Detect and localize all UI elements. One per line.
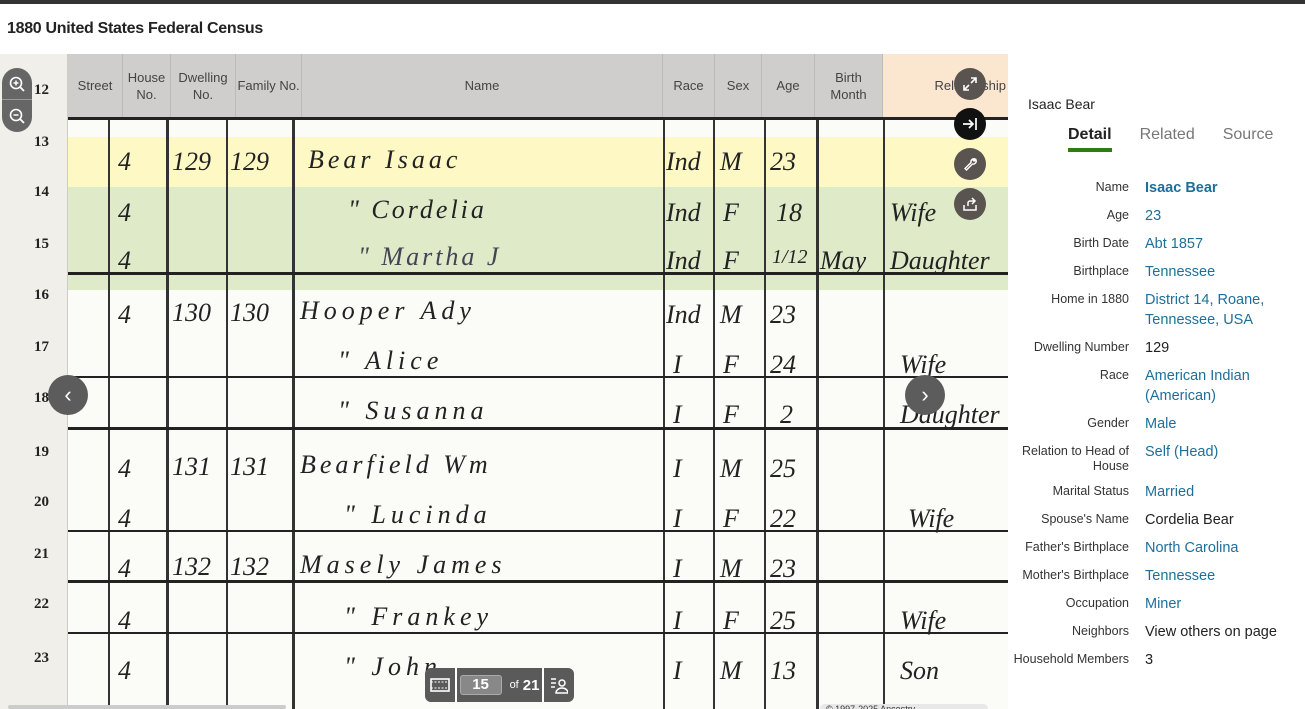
- line-number: 12: [34, 82, 49, 99]
- column-race: Race: [663, 54, 715, 117]
- birth-date-link[interactable]: Abt 1857: [1145, 234, 1295, 254]
- age-link[interactable]: 23: [1145, 206, 1295, 226]
- record-fields: NameIsaac Bear Age23 Birth DateAbt 1857 …: [1008, 178, 1305, 678]
- mother-birthplace-link[interactable]: Tennessee: [1145, 566, 1295, 586]
- collapse-panel-button[interactable]: [954, 108, 986, 140]
- line-number: 15: [34, 236, 49, 253]
- top-nav-bar: [0, 0, 1305, 4]
- zoom-out-icon: [9, 108, 25, 124]
- field-row-dwelling: Dwelling Number129: [1008, 338, 1305, 358]
- copyright-notice: © 1997-2025 Ancestry: [820, 704, 988, 709]
- record-detail-panel: Isaac Bear Detail Related Source NameIsa…: [1008, 54, 1305, 709]
- share-icon: [962, 196, 978, 212]
- wrench-icon: [962, 156, 978, 172]
- field-row-birth-date: Birth DateAbt 1857: [1008, 234, 1305, 254]
- previous-image-button[interactable]: ‹: [48, 375, 88, 415]
- tab-detail[interactable]: Detail: [1068, 126, 1112, 152]
- name-link[interactable]: Isaac Bear: [1145, 178, 1295, 198]
- field-row-marital: Marital StatusMarried: [1008, 482, 1305, 502]
- field-row-household: Household Members3: [1008, 650, 1305, 670]
- chevron-left-icon: ‹: [64, 382, 71, 408]
- column-sex: Sex: [715, 54, 762, 117]
- column-age: Age: [762, 54, 815, 117]
- page-navigator: 15 of 21: [425, 668, 574, 702]
- field-row-home: Home in 1880District 14, Roane, Tennesse…: [1008, 290, 1305, 330]
- field-row-father-birthplace: Father's BirthplaceNorth Carolina: [1008, 538, 1305, 558]
- column-relationship: Relationship: [883, 54, 1008, 117]
- filmstrip-button[interactable]: [425, 668, 457, 702]
- field-row-gender: GenderMale: [1008, 414, 1305, 434]
- column-house-no: House No.: [123, 54, 171, 117]
- field-row-occupation: OccupationMiner: [1008, 594, 1305, 614]
- line-number: 23: [34, 650, 49, 667]
- field-row-age: Age23: [1008, 206, 1305, 226]
- field-row-spouse: Spouse's NameCordelia Bear: [1008, 510, 1305, 530]
- expand-icon: [962, 76, 978, 92]
- household-value: 3: [1145, 650, 1295, 670]
- line-number: 19: [34, 444, 49, 461]
- page-number-group: 15 of 21: [457, 668, 544, 702]
- line-number: 20: [34, 494, 49, 511]
- horizontal-scrollbar[interactable]: [8, 705, 286, 709]
- tab-source[interactable]: Source: [1223, 126, 1274, 152]
- line-number: 22: [34, 596, 49, 613]
- line-number: 21: [34, 546, 49, 563]
- birthplace-link[interactable]: Tennessee: [1145, 262, 1295, 282]
- father-birthplace-link[interactable]: North Carolina: [1145, 538, 1295, 558]
- race-link[interactable]: American Indian (American): [1145, 366, 1295, 406]
- line-number: 14: [34, 184, 49, 201]
- zoom-in-icon: [9, 76, 25, 92]
- page-total: 21: [523, 677, 540, 694]
- marital-link[interactable]: Married: [1145, 482, 1295, 502]
- page-title: 1880 United States Federal Census: [7, 20, 263, 38]
- next-image-button[interactable]: ›: [905, 375, 945, 415]
- column-dwelling-no: Dwelling No.: [171, 54, 236, 117]
- gender-link[interactable]: Male: [1145, 414, 1295, 434]
- image-viewer[interactable]: 12 13 14 15 16 17 18 19 20 21 22 23 4 12…: [0, 54, 1008, 709]
- field-row-name: NameIsaac Bear: [1008, 178, 1305, 198]
- field-row-birthplace: BirthplaceTennessee: [1008, 262, 1305, 282]
- page-number-input[interactable]: 15: [460, 675, 502, 695]
- arrow-to-right-icon: [961, 116, 979, 132]
- person-name-heading: Isaac Bear: [1028, 96, 1095, 112]
- index-toggle-button[interactable]: [544, 668, 574, 702]
- field-row-mother-birthplace: Mother's BirthplaceTennessee: [1008, 566, 1305, 586]
- field-row-race: RaceAmerican Indian (American): [1008, 366, 1305, 406]
- dwelling-value: 129: [1145, 338, 1295, 358]
- occupation-link[interactable]: Miner: [1145, 594, 1295, 614]
- fullscreen-button[interactable]: [954, 68, 986, 100]
- zoom-in-button[interactable]: [2, 68, 32, 100]
- home-link[interactable]: District 14, Roane, Tennessee, USA: [1145, 290, 1295, 330]
- tools-button[interactable]: [954, 148, 986, 180]
- field-row-neighbors: NeighborsView others on page: [1008, 622, 1305, 642]
- line-number: 16: [34, 287, 49, 304]
- tab-related[interactable]: Related: [1140, 126, 1195, 152]
- line-number: 17: [34, 339, 49, 356]
- column-name: Name: [302, 54, 663, 117]
- share-button[interactable]: [954, 188, 986, 220]
- relation-link[interactable]: Self (Head): [1145, 442, 1295, 474]
- chevron-right-icon: ›: [921, 382, 928, 408]
- line-number: 13: [34, 134, 49, 151]
- spouse-value: Cordelia Bear: [1145, 510, 1295, 530]
- neighbors-link[interactable]: View others on page: [1145, 622, 1295, 642]
- zoom-controls: [2, 68, 32, 132]
- column-family-no: Family No.: [236, 54, 302, 117]
- zoom-out-button[interactable]: [2, 100, 32, 132]
- column-street: Street: [68, 54, 123, 117]
- page-of-label: of: [510, 679, 519, 691]
- column-birth-month: Birth Month: [815, 54, 883, 117]
- census-image: 4 129 129 Bear Isaac Ind M 23 4 " Cordel…: [68, 120, 1008, 709]
- column-header-overlay: Street House No. Dwelling No. Family No.…: [68, 54, 1008, 120]
- panel-tabs: Detail Related Source: [1068, 126, 1301, 152]
- field-row-relation: Relation to Head of HouseSelf (Head): [1008, 442, 1305, 474]
- filmstrip-icon: [430, 677, 450, 693]
- person-list-icon: [550, 676, 568, 694]
- line-number: 18: [34, 390, 49, 407]
